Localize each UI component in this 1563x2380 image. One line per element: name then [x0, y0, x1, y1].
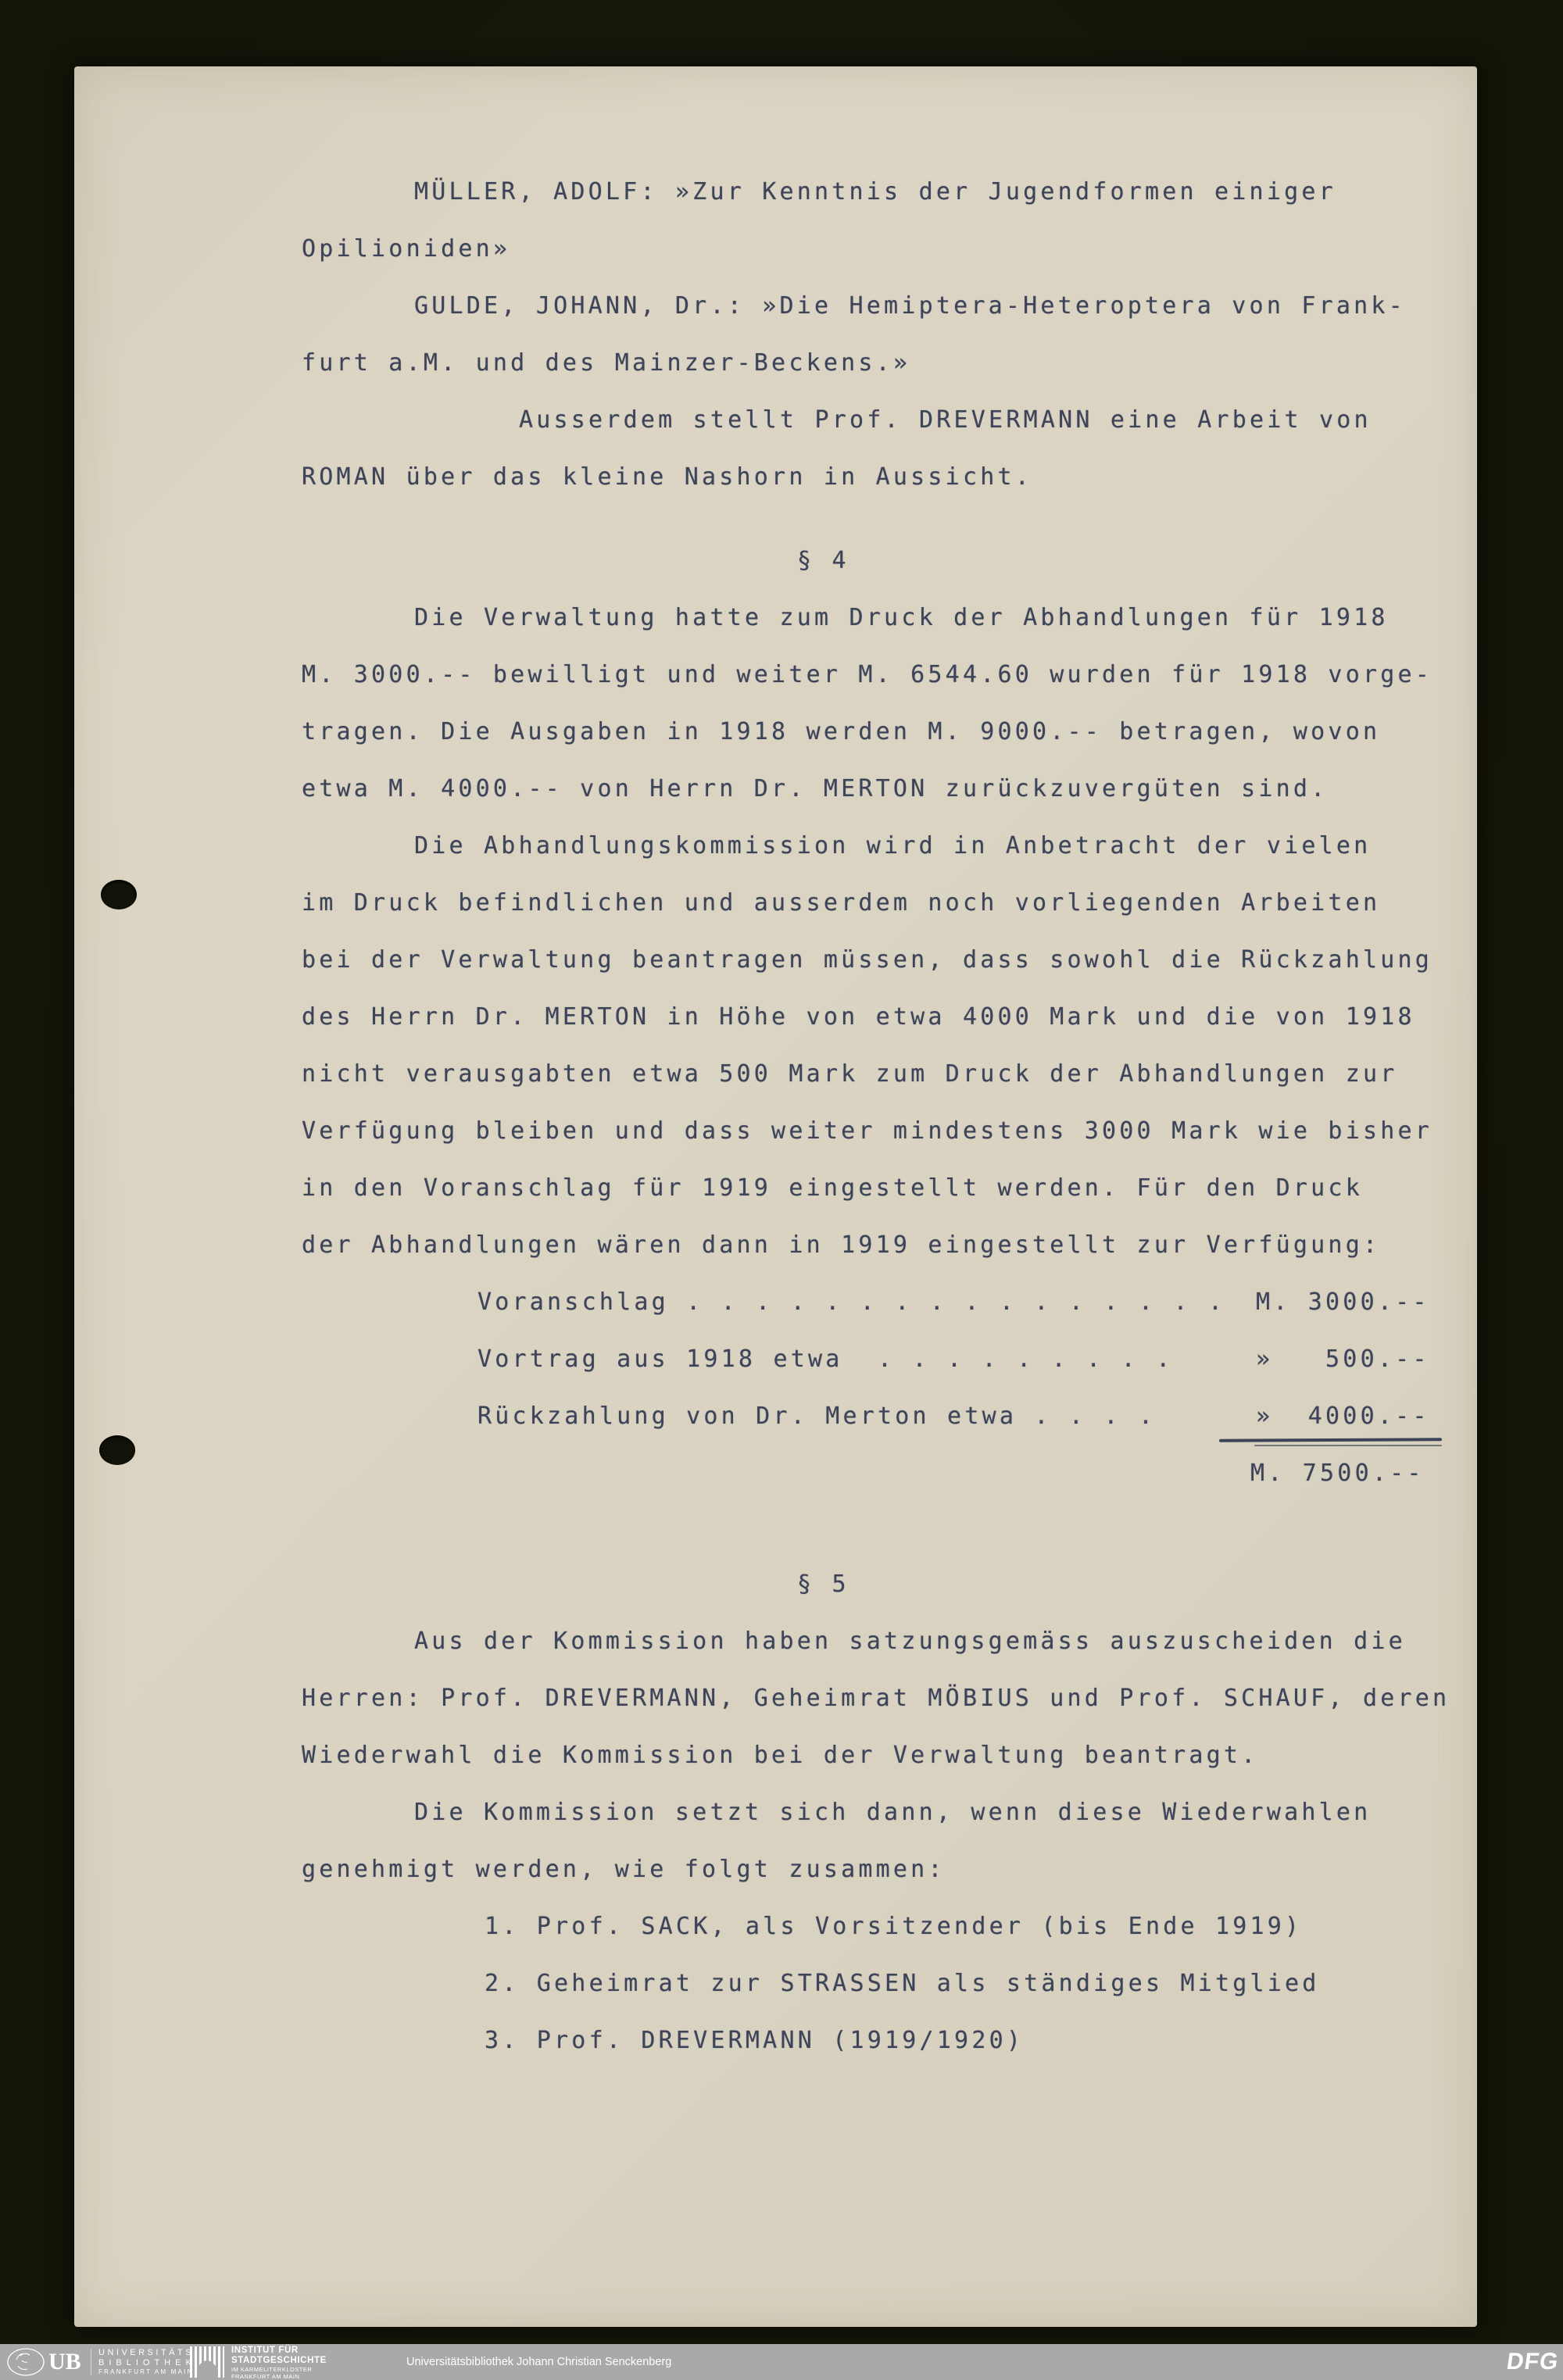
institut-text-line1: INSTITUT FÜR [231, 2346, 327, 2356]
ub-logo-text: UNIVERSITÄTS BIBLIOTHEK FRANKFURT AM MAI… [98, 2348, 196, 2376]
institut-text-line2: STADTGESCHICHTE [231, 2356, 327, 2366]
dfg-logo[interactable]: DFG [1504, 2344, 1561, 2380]
member-list-item: 2. Geheimrat zur STRASSEN als ständiges … [485, 1970, 1320, 1998]
budget-row-label: Vortrag aus 1918 etwa . . . . . . . . . [477, 1345, 1173, 1374]
ub-text-line3: FRANKFURT AM MAIN [98, 2368, 196, 2376]
institut-logo-text: INSTITUT FÜR STADTGESCHICHTE IM KARMELIT… [231, 2346, 327, 2380]
institut-logo[interactable] [189, 2346, 225, 2380]
typewritten-line: furt a.M. und des Mainzer-Beckens.» [302, 349, 910, 377]
goethe-sketch-icon [6, 2347, 45, 2380]
scanned-page: MÜLLER, ADOLF: »Zur Kenntnis der Jugendf… [74, 66, 1477, 2327]
budget-row-label: Rückzahlung von Dr. Merton etwa . . . . [477, 1403, 1156, 1431]
typewritten-line: Opilioniden» [302, 235, 510, 263]
typewritten-line: ROMAN über das kleine Nashorn in Aussich… [302, 463, 1032, 491]
sum-underline-second [1254, 1445, 1442, 1446]
typewritten-line: M. 3000.-- bewilligt und weiter M. 6544.… [302, 661, 1432, 689]
institut-text-line4: FRANKFURT AM MAIN [231, 2373, 327, 2380]
sum-underline [1219, 1438, 1442, 1442]
budget-total: M. 7500.-- [1250, 1460, 1425, 1488]
punch-hole-top [101, 880, 137, 909]
typewritten-line: Wiederwahl die Kommission bei der Verwal… [302, 1742, 1258, 1770]
budget-row-amount: » 500.-- [1256, 1345, 1430, 1374]
typewritten-line: genehmigt werden, wie folgt zusammen: [302, 1856, 946, 1884]
section-heading-5: § 5 [797, 1571, 849, 1599]
typewritten-line: GULDE, JOHANN, Dr.: »Die Hemiptera-Heter… [414, 292, 1406, 320]
punch-hole-bottom [99, 1435, 135, 1465]
scan-viewer-background: MÜLLER, ADOLF: »Zur Kenntnis der Jugendf… [0, 0, 1563, 2380]
typewritten-line: Ausserdem stellt Prof. DREVERMANN eine A… [519, 406, 1372, 434]
ub-logo[interactable] [6, 2347, 45, 2380]
typewritten-line: etwa M. 4000.-- von Herrn Dr. MERTON zur… [302, 775, 1328, 803]
typewritten-line: in den Voranschlag für 1919 eingestellt … [302, 1174, 1363, 1203]
section-heading-4: § 4 [797, 547, 849, 575]
typewritten-line: der Abhandlungen wären dann in 1919 eing… [302, 1231, 1380, 1260]
institut-text-line3: IM KARMELITERKLOSTER [231, 2366, 327, 2373]
library-name: Universitätsbibliothek Johann Christian … [406, 2344, 671, 2380]
typewritten-line: Die Kommission setzt sich dann, wenn die… [414, 1799, 1371, 1827]
typewritten-line: Die Abhandlungskommission wird in Anbetr… [414, 832, 1371, 860]
typewritten-line: MÜLLER, ADOLF: »Zur Kenntnis der Jugendf… [414, 178, 1336, 206]
typewritten-line: Die Verwaltung hatte zum Druck der Abhan… [414, 604, 1389, 632]
logo-divider [91, 2349, 91, 2375]
typewritten-line: Verfügung bleiben und dass weiter mindes… [302, 1117, 1432, 1145]
arch-stripes-icon [189, 2346, 225, 2380]
typewritten-line: nicht verausgabten etwa 500 Mark zum Dru… [302, 1060, 1397, 1088]
ub-abbr[interactable]: UB [48, 2344, 81, 2380]
budget-row-amount: » 4000.-- [1256, 1403, 1430, 1431]
typewritten-line: im Druck befindlichen und ausserdem noch… [302, 889, 1380, 917]
typewritten-line: des Herrn Dr. MERTON in Höhe von etwa 40… [302, 1003, 1415, 1031]
budget-row-label: Voranschlag . . . . . . . . . . . . . . … [477, 1288, 1225, 1317]
ub-text-line2: BIBLIOTHEK [98, 2358, 196, 2368]
typewritten-line: bei der Verwaltung beantragen müssen, da… [302, 946, 1432, 974]
ub-text-line1: UNIVERSITÄTS [98, 2348, 196, 2358]
typewritten-line: Herren: Prof. DREVERMANN, Geheimrat MÖBI… [302, 1685, 1450, 1713]
member-list-item: 3. Prof. DREVERMANN (1919/1920) [485, 2027, 1024, 2055]
member-list-item: 1. Prof. SACK, als Vorsitzender (bis End… [485, 1913, 1302, 1941]
typewritten-line: tragen. Die Ausgaben in 1918 werden M. 9… [302, 718, 1380, 746]
budget-row-amount: M. 3000.-- [1256, 1288, 1430, 1317]
footer-bar: UB UNIVERSITÄTS BIBLIOTHEK FRANKFURT AM … [0, 2344, 1563, 2380]
typewritten-line: Aus der Kommission haben satzungsgemäss … [414, 1628, 1406, 1656]
